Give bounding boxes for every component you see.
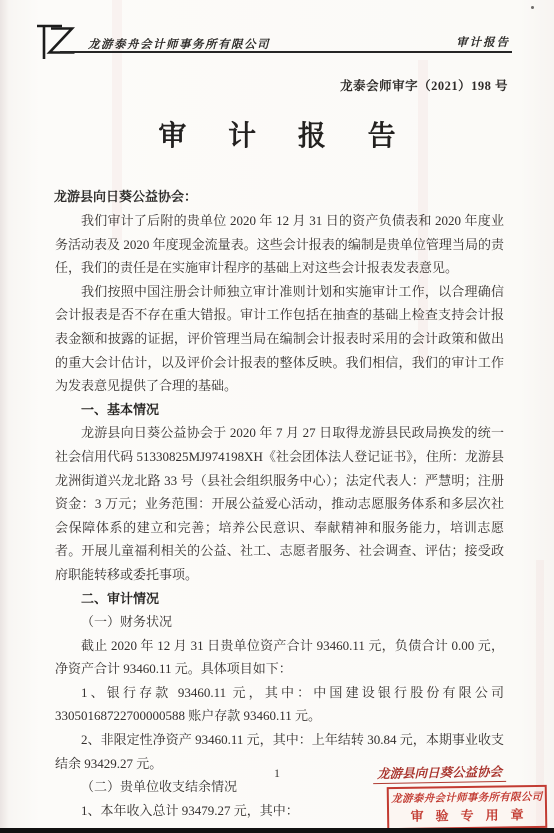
tz-logo-icon xyxy=(36,22,82,60)
scan-dot xyxy=(531,6,534,9)
report-title: 审 计 报 告 xyxy=(0,114,554,154)
scan-edge-bottom xyxy=(0,828,554,833)
letterhead-firm-name: 龙游泰舟会计师事务所有限公司 xyxy=(88,36,270,52)
addressee-line: 龙游县向日葵公益协会： xyxy=(54,186,197,205)
section-heading-audit-situation: 二、审计情况 xyxy=(55,587,504,611)
paragraph-basic-info: 龙游县向日葵公益协会于 2020 年 7 月 27 日取得龙游县民政局换发的统一… xyxy=(55,421,504,586)
paragraph-audit-scope: 我们审计了后附的贵单位 2020 年 12 月 31 日的资产负债表和 2020… xyxy=(55,209,504,280)
sub-heading-financial-status: （一）财务状况 xyxy=(55,610,504,634)
report-body: 我们审计了后附的贵单位 2020 年 12 月 31 日的资产负债表和 2020… xyxy=(55,209,504,822)
audit-report-page: 龙游泰舟会计师事务所有限公司 审计报告 龙泰会师审字（2021）198 号 审 … xyxy=(0,0,554,833)
client-signature-red: 龙游县向日葵公益协会 xyxy=(373,762,506,784)
letterhead-rule xyxy=(60,51,512,53)
reference-number: 龙泰会师审字（2021）198 号 xyxy=(340,76,508,94)
paragraph-audit-standards: 我们按照中国注册会计师独立审计准则计划和实施审计工作，以合理确信会计报表是否不存… xyxy=(55,280,504,398)
paragraph-bank-deposit: 1、银行存款 93460.11 元，其中：中国建设银行股份有限公司 330501… xyxy=(55,681,504,728)
audit-firm-stamp: 龙游泰舟会计师事务所有限公司 审验专用章 xyxy=(387,785,548,830)
letterhead-corner-label: 审计报告 xyxy=(456,34,510,50)
stamp-seal-text: 审验专用章 xyxy=(391,804,543,825)
section-heading-basic-info: 一、基本情况 xyxy=(55,398,504,422)
paragraph-assets-summary: 截止 2020 年 12 月 31 日贵单位资产合计 93460.11 元，负债… xyxy=(55,634,504,681)
